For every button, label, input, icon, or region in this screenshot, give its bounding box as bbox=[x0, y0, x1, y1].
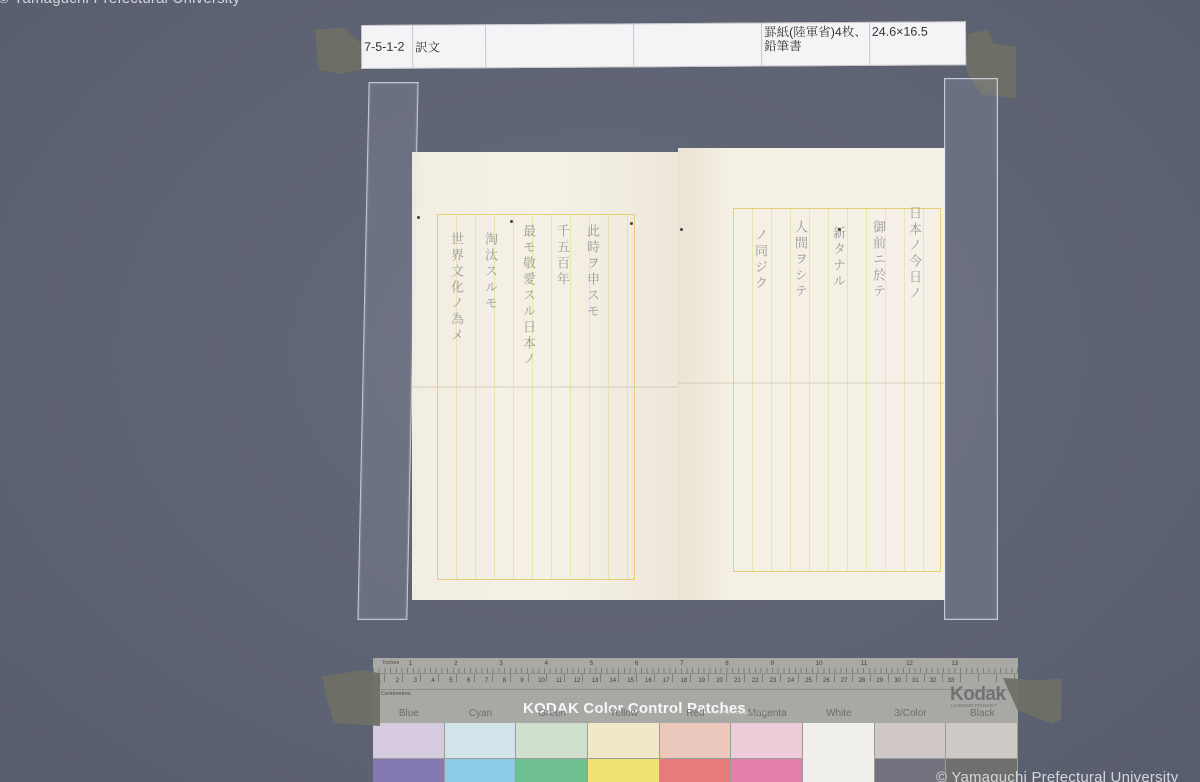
material-line-1: 罫紙(陸軍省)4枚、 bbox=[764, 25, 867, 40]
ruler-inches-label: Inches bbox=[383, 660, 399, 666]
ruler-inch-tick: 12 bbox=[906, 661, 913, 667]
patch-dark bbox=[803, 758, 874, 782]
item-blank-field-2 bbox=[633, 23, 761, 67]
handwriting-column: 世界文化ノ為メ bbox=[446, 232, 465, 344]
patch-label: Green bbox=[516, 708, 588, 722]
manuscript-document: 此時ヲ申スモ 千五百年 最モ敬愛スル日本ノ 淘汰スルモ 世界文化ノ為メ 日本ノ今… bbox=[409, 148, 945, 600]
ruler-inch-tick: 2 bbox=[454, 661, 457, 667]
patch-light bbox=[731, 723, 802, 758]
handwriting-column: 此時ヲ申スモ bbox=[582, 224, 601, 320]
ruler-cm-tick: 21 bbox=[734, 678, 741, 684]
ruler-cm-tick: 32 bbox=[930, 678, 937, 684]
patch-dark bbox=[373, 758, 444, 782]
tape-bottom-left bbox=[322, 664, 380, 726]
handwriting-column: 最モ敬愛スル日本ノ bbox=[518, 224, 537, 368]
patch-column-yellow bbox=[588, 723, 660, 782]
ruler-inch-tick: 11 bbox=[861, 661, 867, 667]
patch-label: Red bbox=[660, 708, 732, 722]
ruler-centimetres-label: Centimetres bbox=[381, 691, 411, 697]
patch-light bbox=[373, 723, 444, 758]
handwriting-column: 千五百年 bbox=[552, 224, 571, 288]
item-size: 24.6×16.5 bbox=[869, 22, 965, 66]
ruler-cm-tick: 11 bbox=[556, 678, 562, 684]
ruler-cm-tick: 7 bbox=[485, 678, 488, 684]
tape-top-left bbox=[315, 28, 362, 74]
patch-dark bbox=[875, 758, 946, 782]
patch-light bbox=[875, 723, 946, 758]
patch-column-blue bbox=[373, 723, 445, 782]
manuscript-page-right: 日本ノ今日ノ 御前ニ於テ 新タナル 人間ヲシテ ノ同ジク bbox=[678, 148, 945, 600]
ruler-inches bbox=[373, 658, 1018, 674]
ruler-inch-tick: 9 bbox=[771, 661, 774, 667]
patch-light bbox=[946, 723, 1017, 758]
manuscript-page-left: 此時ヲ申スモ 千五百年 最モ敬愛スル日本ノ 淘汰スルモ 世界文化ノ為メ bbox=[412, 152, 678, 600]
patch-label: Black bbox=[946, 708, 1018, 722]
catalog-label-strip: 7-5-1-2 訳文 罫紙(陸軍省)4枚、 鉛筆書 24.6×16.5 bbox=[361, 21, 966, 69]
patch-column-cyan bbox=[445, 723, 517, 782]
ruler-inch-tick: 13 bbox=[951, 661, 958, 667]
ruler-inch-tick: 10 bbox=[816, 661, 823, 667]
ruler-cm-tick: 19 bbox=[698, 678, 705, 684]
ruler-cm-tick: 18 bbox=[681, 678, 688, 684]
ruler-cm-tick: 22 bbox=[752, 678, 759, 684]
patch-light bbox=[660, 723, 731, 758]
handwriting-column: 淘汰スルモ bbox=[480, 232, 499, 312]
ruler-cm-tick: 9 bbox=[520, 678, 523, 684]
ruler-cm-tick: 10 bbox=[538, 678, 545, 684]
ruler-cm-tick: 17 bbox=[663, 678, 670, 684]
ruler: Inches Centimetres 12345678910111213 123… bbox=[373, 658, 1018, 690]
ruler-cm-tick: 14 bbox=[609, 678, 616, 684]
item-material: 罫紙(陸軍省)4枚、 鉛筆書 bbox=[761, 22, 869, 66]
ruler-inch-tick: 7 bbox=[680, 661, 683, 667]
item-blank-field-1 bbox=[486, 24, 634, 68]
ruler-cm-tick: 15 bbox=[627, 678, 634, 684]
item-type: 訳文 bbox=[413, 25, 486, 68]
patch-dark bbox=[445, 758, 516, 782]
patch-light bbox=[516, 723, 587, 758]
patch-light bbox=[588, 723, 659, 758]
ruler-cm-tick: 3 bbox=[414, 678, 417, 684]
ruler-cm-tick: 8 bbox=[503, 678, 506, 684]
patch-column-magenta bbox=[731, 723, 803, 782]
patch-light bbox=[445, 723, 516, 758]
ruler-cm-tick: 6 bbox=[467, 678, 470, 684]
patch-label: Cyan bbox=[445, 708, 517, 722]
ruler-inch-tick: 5 bbox=[590, 661, 593, 667]
acrylic-weight-bar-right bbox=[944, 78, 998, 620]
color-patches bbox=[373, 723, 1018, 782]
patch-column-red bbox=[660, 723, 732, 782]
ruler-inch-tick: 3 bbox=[499, 661, 502, 667]
ruler-cm-tick: 23 bbox=[770, 678, 777, 684]
patch-label: White bbox=[803, 708, 875, 722]
ruler-cm-tick: 16 bbox=[645, 678, 652, 684]
ruler-inch-tick: 8 bbox=[725, 661, 728, 667]
ruler-inch-tick: 6 bbox=[635, 661, 638, 667]
patch-light bbox=[803, 723, 874, 758]
ruler-cm-tick: 20 bbox=[716, 678, 723, 684]
handwriting-column: 新タナル bbox=[828, 226, 847, 290]
ruler-cm-tick: 28 bbox=[859, 678, 866, 684]
patch-label: Yellow bbox=[588, 708, 660, 722]
ruler-cm-tick: 12 bbox=[574, 678, 581, 684]
catalog-label-table: 7-5-1-2 訳文 罫紙(陸軍省)4枚、 鉛筆書 24.6×16.5 bbox=[361, 21, 966, 69]
ruler-inch-tick: 4 bbox=[545, 661, 548, 667]
patch-dark bbox=[660, 758, 731, 782]
copyright-watermark-bottom: © Yamaguchi Prefectural University bbox=[936, 769, 1178, 782]
ruler-cm-tick: 24 bbox=[787, 678, 794, 684]
patch-label: Magenta bbox=[731, 708, 803, 722]
handwriting-column: 人間ヲシテ bbox=[790, 220, 809, 300]
patch-label: 3/Color bbox=[875, 708, 947, 722]
ruler-cm-tick: 30 bbox=[894, 678, 901, 684]
ruler-cm-tick: 4 bbox=[431, 678, 434, 684]
copyright-watermark-top: © Yamaguchi Prefectural University bbox=[0, 0, 240, 7]
ruler-cm-tick: 25 bbox=[805, 678, 812, 684]
handwriting-column: ノ同ジク bbox=[750, 228, 769, 292]
handwriting-column: 御前ニ於テ bbox=[868, 220, 887, 300]
patch-labels: Blue Cyan Green Yellow Red Magenta White… bbox=[373, 708, 1018, 722]
patch-dark bbox=[516, 758, 587, 782]
ruler-cm-tick: 26 bbox=[823, 678, 830, 684]
ruler-cm-tick: 29 bbox=[876, 678, 883, 684]
patch-column-white bbox=[803, 723, 875, 782]
patch-column-green bbox=[516, 723, 588, 782]
item-id: 7-5-1-2 bbox=[362, 25, 413, 68]
handwriting-column: 日本ノ今日ノ bbox=[904, 206, 923, 302]
ruler-cm-tick: 2 bbox=[396, 678, 399, 684]
patch-label: Blue bbox=[373, 708, 445, 722]
ruler-inch-tick: 1 bbox=[409, 661, 412, 667]
ruler-cm-tick: 13 bbox=[592, 678, 599, 684]
patch-dark bbox=[588, 758, 659, 782]
ruler-cm-tick: 31 bbox=[912, 678, 919, 684]
ruler-cm-tick: 27 bbox=[841, 678, 848, 684]
material-line-2: 鉛筆書 bbox=[764, 39, 867, 54]
kodak-color-control-chart: Inches Centimetres 12345678910111213 123… bbox=[373, 658, 1018, 782]
ruler-cm-tick: 5 bbox=[449, 678, 452, 684]
patch-dark bbox=[731, 758, 802, 782]
